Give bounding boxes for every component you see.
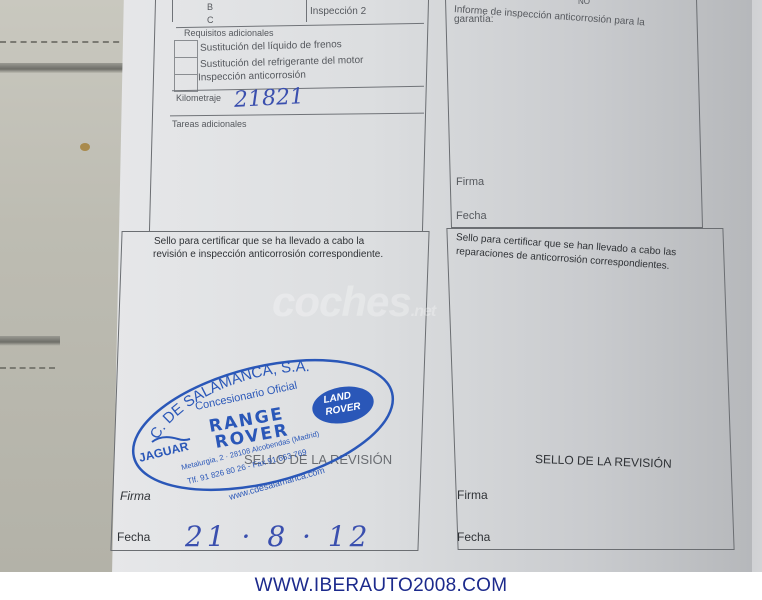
row-divider [306,0,307,22]
dealer-stamp: C. DE SALAMANCA, S.A. Concesionario Ofic… [128,350,398,500]
footer: WWW.IBERAUTO2008.COM [0,572,762,600]
checkbox-coolant[interactable] [174,57,198,75]
seat-stitching [0,367,55,369]
watermark: coches.net [272,278,435,326]
document-photo: B C Inspección 2 Requisitos adicionales … [0,0,762,572]
row-label-c: C [207,15,214,25]
right-signature-label-1: Firma [456,176,484,188]
left-date-label: Fecha [117,530,150,544]
seat-seam [0,336,60,346]
row-label-b: B [207,2,213,12]
report-title-line2: garantía: [454,14,493,25]
mileage-value: 21821 [233,84,304,113]
right-date-label-1: Fecha [456,210,487,222]
iberauto-link[interactable]: WWW.IBERAUTO2008.COM [255,575,508,596]
right-date-label-2: Fecha [457,530,490,544]
additional-requirements-title: Requisitos adicionales [184,28,274,38]
svg-text:JAGUAR: JAGUAR [137,439,190,465]
watermark-suffix: .net [411,303,435,320]
checkbox-brake-fluid[interactable] [174,40,198,58]
watermark-main: coches [272,278,411,325]
right-seal-box [446,228,734,550]
seat-stain [80,143,90,151]
right-report-box [445,0,703,228]
additional-tasks-label: Tareas adicionales [172,119,247,129]
left-seal-caption-line1: Sello para certificar que se ha llevado … [154,236,364,247]
right-signature-label-2: Firma [457,488,488,502]
left-date-value: 21 · 8 · 12 [185,520,371,553]
mileage-label: Kilometraje [176,93,221,103]
inspection-2-label: Inspección 2 [310,6,366,17]
stamp-graphic: C. DE SALAMANCA, S.A. Concesionario Ofic… [128,350,398,500]
left-seal-caption-line2: revisión e inspección anticorrosión corr… [153,249,383,260]
top-fragment: NO [578,0,590,6]
row-divider [172,0,173,22]
